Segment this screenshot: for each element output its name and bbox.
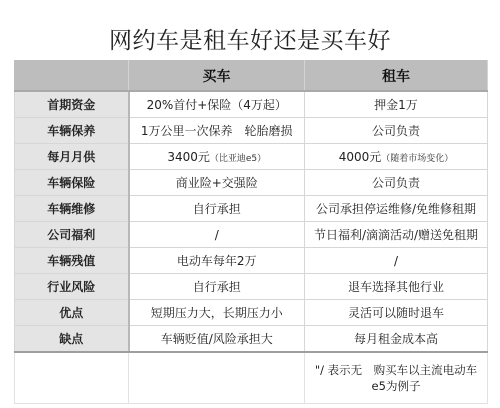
note-empty-label [15,352,129,404]
monthly-payment-rent-note: （随着市场变化） [381,154,453,164]
table-row: 公司福利 / 节日福利/滴滴活动/赠送免租期 [15,222,488,248]
cell-rent: 押金1万 [305,91,488,118]
monthly-payment-buy: 3400元 [167,150,210,164]
cell-buy: 1万公里一次保养 轮胎磨损 [129,118,305,144]
cell-buy: 自行承担 [129,196,305,222]
note-empty-buy [129,352,305,404]
monthly-payment-buy-note: （比亚迪e5） [210,154,266,164]
cell-rent: 退车选择其他行业 [305,274,488,300]
cell-buy: 电动车每年2万 [129,248,305,274]
row-label: 缺点 [15,326,129,353]
cell-buy: 自行承担 [129,274,305,300]
row-label: 车辆保养 [15,118,129,144]
cell-rent: 公司负责 [305,170,488,196]
cell-rent: / [305,248,488,274]
row-label: 车辆残值 [15,248,129,274]
table-row: 优点 短期压力大，长期压力小 灵活可以随时退车 [15,300,488,326]
table-row: 车辆维修 自行承担 公司承担停运维修/免维修租期 [15,196,488,222]
cell-rent: 灵活可以随时退车 [305,300,488,326]
table-row: 首期资金 20%首付+保险（4万起） 押金1万 [15,91,488,118]
row-label: 车辆保险 [15,170,129,196]
table-row: 缺点 车辆贬值/风险承担大 每月租金成本高 [15,326,488,353]
header-rent: 租车 [305,61,488,92]
table-row: 行业风险 自行承担 退车选择其他行业 [15,274,488,300]
row-label: 首期资金 [15,91,129,118]
cell-buy: 短期压力大，长期压力小 [129,300,305,326]
cell-buy: / [129,222,305,248]
table-row: 车辆保险 商业险+交强险 公司负责 [15,170,488,196]
cell-buy: 车辆贬值/风险承担大 [129,326,305,353]
cell-buy: 20%首付+保险（4万起） [129,91,305,118]
cell-rent: 公司承担停运维修/免维修租期 [305,196,488,222]
cell-rent: 4000元（随着市场变化） [305,144,488,170]
row-label: 每月月供 [15,144,129,170]
row-label: 车辆维修 [15,196,129,222]
comparison-table: 买车 租车 首期资金 20%首付+保险（4万起） 押金1万 车辆保养 1万公里一… [14,60,488,404]
header-buy: 买车 [129,61,305,92]
table-row: 车辆保养 1万公里一次保养 轮胎磨损 公司负责 [15,118,488,144]
cell-rent: 节日福利/滴滴活动/赠送免租期 [305,222,488,248]
page-title: 网约车是租车好还是买车好 [0,22,500,55]
cell-buy: 3400元（比亚迪e5） [129,144,305,170]
footnote: "/ 表示无 购买车以主流电动车e5为例子 [305,352,488,404]
cell-rent: 每月租金成本高 [305,326,488,353]
table-header-row: 买车 租车 [15,61,488,92]
monthly-payment-rent: 4000元 [339,150,382,164]
cell-buy: 商业险+交强险 [129,170,305,196]
cell-rent: 公司负责 [305,118,488,144]
note-row: "/ 表示无 购买车以主流电动车e5为例子 [15,352,488,404]
header-empty [15,61,129,92]
row-label: 优点 [15,300,129,326]
table-row: 每月月供 3400元（比亚迪e5） 4000元（随着市场变化） [15,144,488,170]
row-label: 公司福利 [15,222,129,248]
row-label: 行业风险 [15,274,129,300]
table-row: 车辆残值 电动车每年2万 / [15,248,488,274]
